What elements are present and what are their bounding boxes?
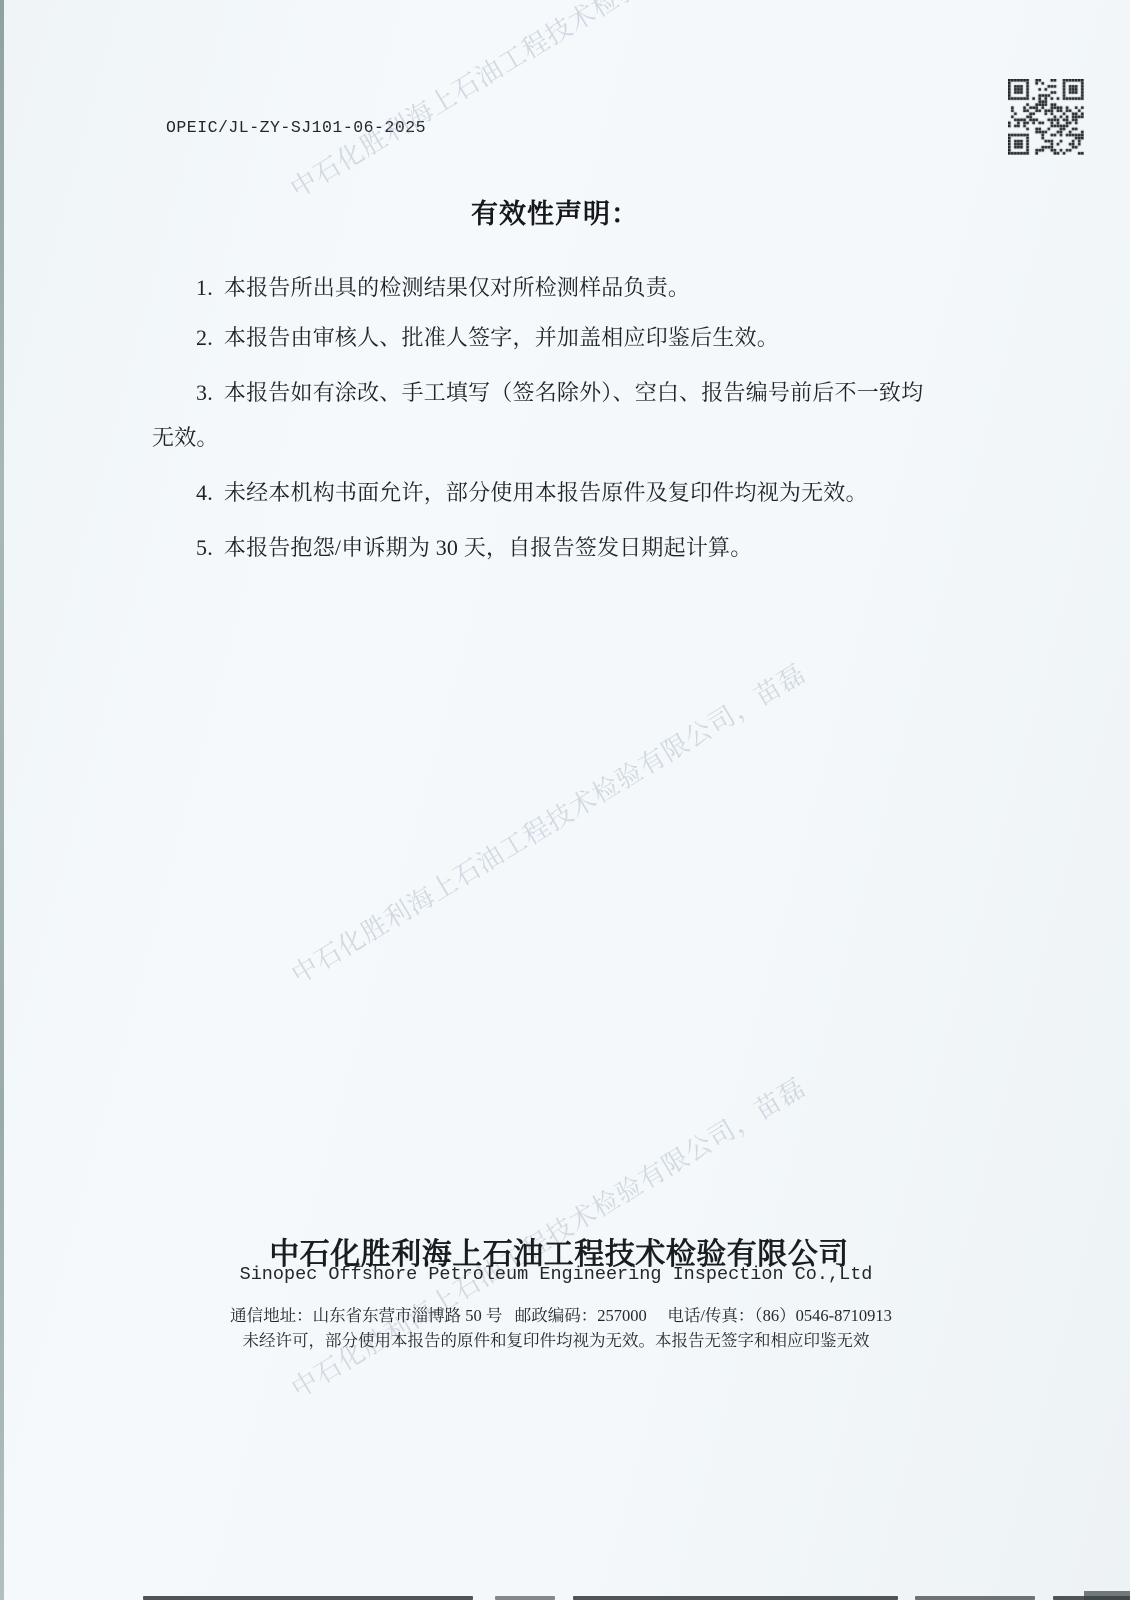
statement-item-3: 3.本报告如有涂改、手工填写（签名除外）、空白、报告编号前后不一致均无效。 — [152, 370, 936, 460]
address-line: 通信地址：山东省东营市淄博路 50 号 邮政编码：257000 电话/传真：（8… — [0, 1302, 1122, 1326]
statement-text: 本报告由审核人、批准人签字，并加盖相应印鉴后生效。 — [224, 325, 779, 350]
statement-number: 1. — [196, 275, 213, 300]
scan-artifact-bar — [915, 1596, 1035, 1600]
statement-item-5: 5.本报告抱怨/申诉期为 30 天，自报告签发日期起计算。 — [196, 525, 752, 570]
scan-artifact-bar — [143, 1596, 473, 1600]
statement-number: 5. — [196, 535, 213, 560]
statement-item-1: 1.本报告所出具的检测结果仅对所检测样品负责。 — [196, 265, 690, 310]
qr-code-icon — [1008, 79, 1084, 155]
scanned-document-page: OPEIC/JL-ZY-SJ101-06-2025 中石化胜利海上石油工程技术检… — [0, 0, 1130, 1600]
company-name-en: Sinopec Offshore Petroleum Engineering I… — [0, 1264, 1112, 1285]
statement-text: 未经本机构书面允许，部分使用本报告原件及复印件均视为无效。 — [224, 480, 868, 505]
watermark-text: 中石化胜利海上石油工程技术检验有限公司，苗磊 — [282, 0, 810, 205]
scan-artifact-bar — [495, 1596, 555, 1600]
statement-item-4: 4.未经本机构书面允许，部分使用本报告原件及复印件均视为无效。 — [196, 470, 868, 515]
document-code: OPEIC/JL-ZY-SJ101-06-2025 — [166, 118, 426, 137]
notice-line: 未经许可，部分使用本报告的原件和复印件均视为无效。本报告无签字和相应印鉴无效 — [0, 1327, 1112, 1351]
statement-text: 本报告所出具的检测结果仅对所检测样品负责。 — [224, 275, 690, 300]
page-title: 有效性声明： — [0, 192, 1110, 231]
statement-number: 3. — [196, 380, 213, 405]
watermark-text: 中石化胜利海上石油工程技术检验有限公司，苗磊 — [283, 654, 811, 992]
statement-text: 本报告如有涂改、手工填写（签名除外）、空白、报告编号前后不一致均无效。 — [152, 380, 923, 450]
statement-number: 2. — [196, 325, 213, 350]
statement-number: 4. — [196, 480, 213, 505]
scan-artifact-bar — [573, 1596, 898, 1600]
scanner-edge-strip — [0, 0, 4, 1600]
scan-artifact-corner — [1084, 1591, 1130, 1600]
statement-text: 本报告抱怨/申诉期为 30 天，自报告签发日期起计算。 — [224, 535, 753, 560]
statement-item-2: 2.本报告由审核人、批准人签字，并加盖相应印鉴后生效。 — [196, 315, 779, 360]
